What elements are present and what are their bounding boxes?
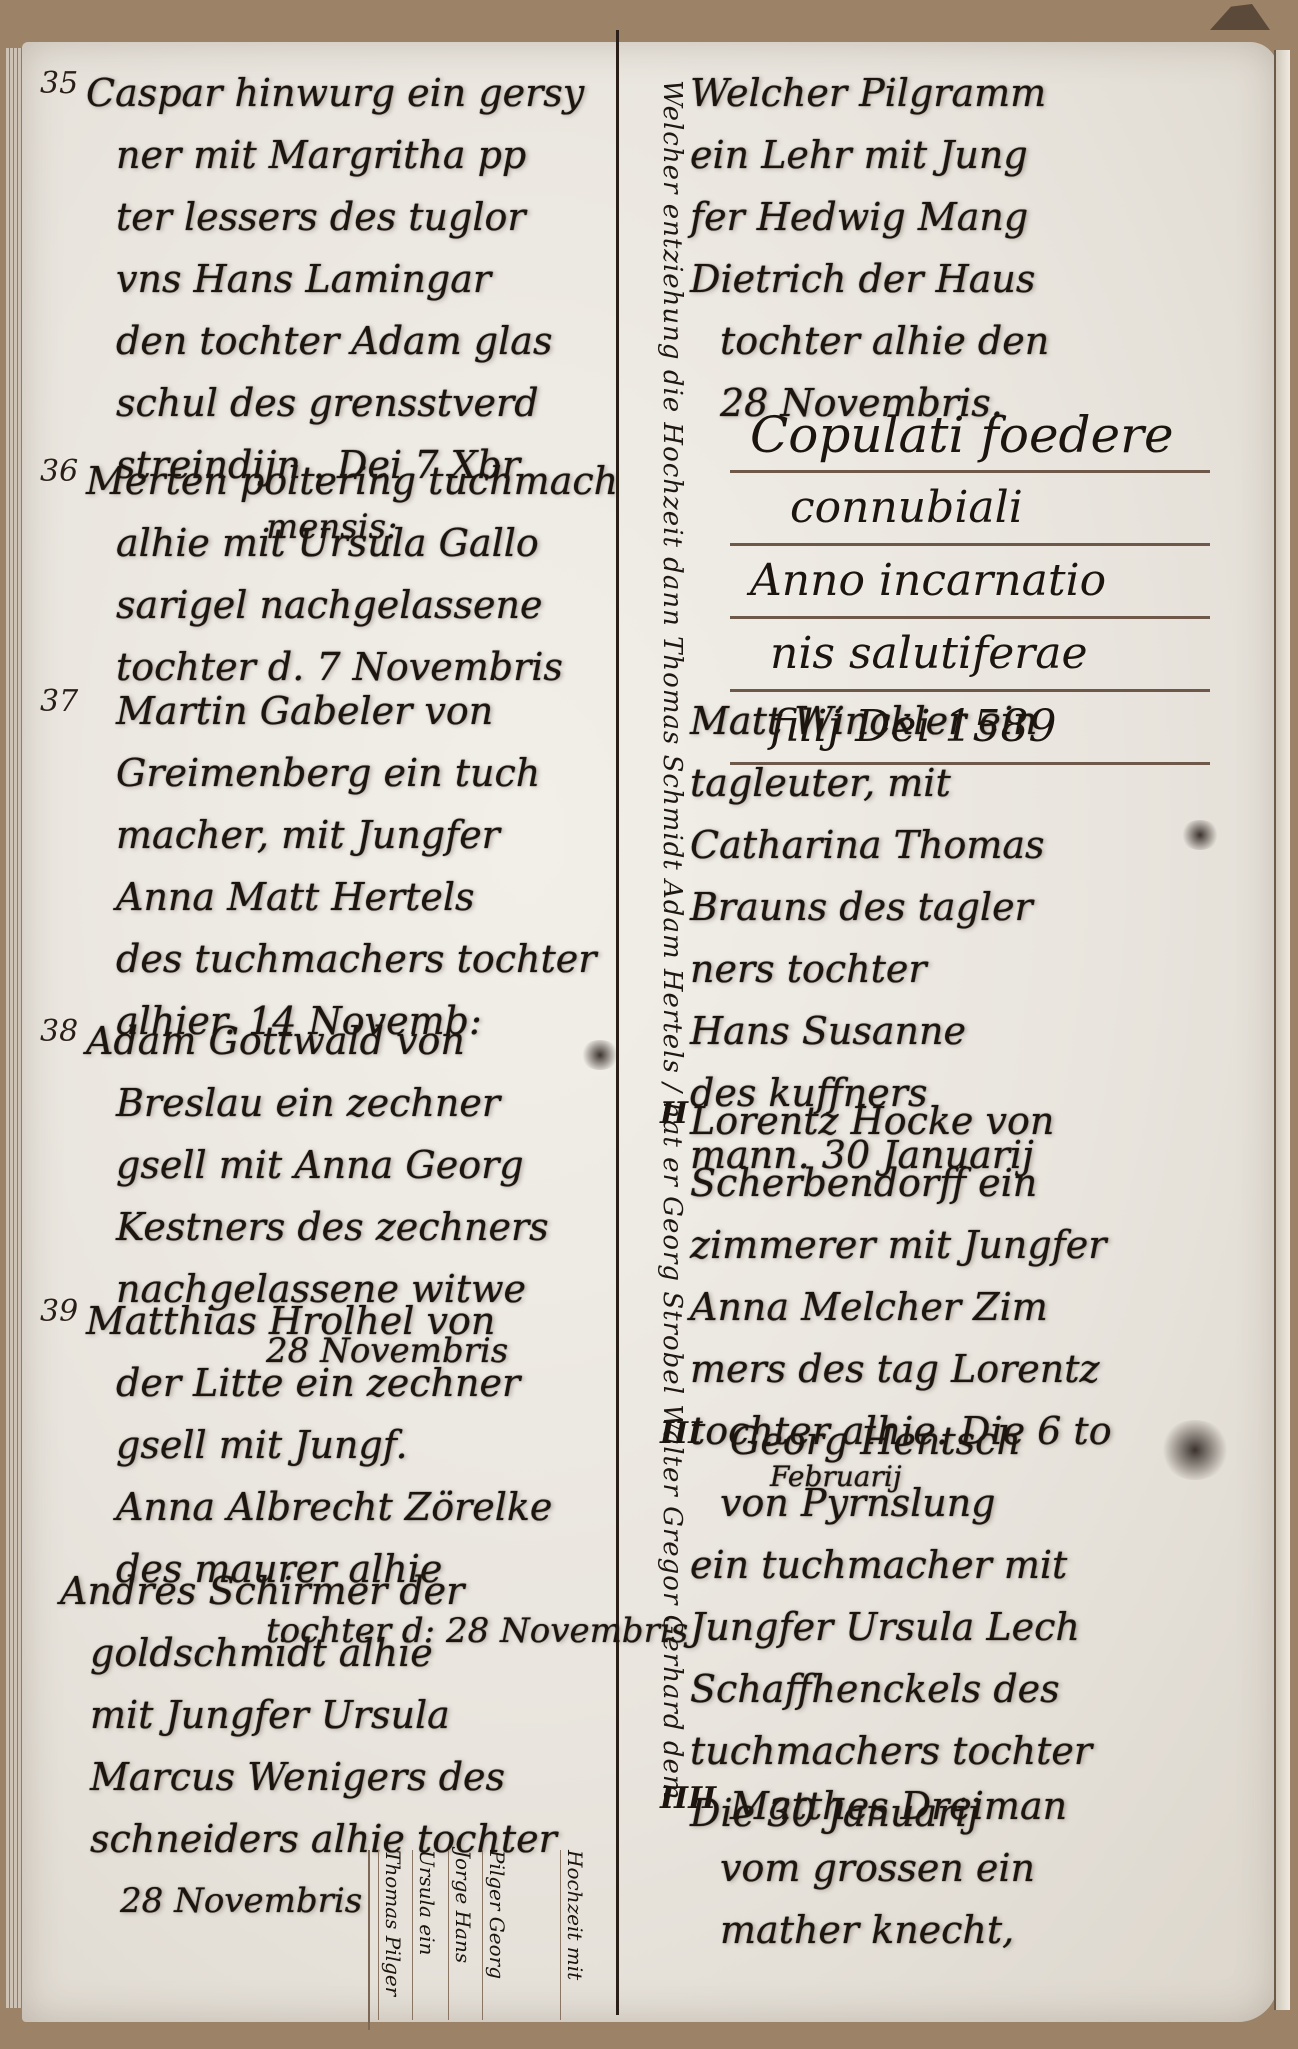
entry-line: Martin Gabeler von xyxy=(86,680,610,742)
note-column: Ursula ein xyxy=(412,1850,439,2020)
entry-line: fer Hedwig Mang xyxy=(690,186,1210,248)
entry-number: 38 xyxy=(40,1014,78,1049)
entry-line: alhie mit Ursula Gallo xyxy=(86,512,610,574)
register-entry-IIII: IIII Matthes Dreiman vom grossen ein mat… xyxy=(690,1775,1210,1961)
entry-line: zimmerer mit Jungfer xyxy=(690,1214,1210,1276)
entry-line: gsell mit Anna Georg xyxy=(86,1134,610,1196)
entry-line: ein Lehr mit Jung xyxy=(690,124,1210,186)
entry-number: II xyxy=(660,1096,688,1131)
entry-line: ein tuchmacher mit xyxy=(690,1534,1210,1596)
entry-line: vom grossen ein xyxy=(690,1837,1210,1899)
entry-line: Georg Hentsch xyxy=(690,1410,1210,1472)
entry-line: tochter alhie den xyxy=(690,310,1210,372)
entry-line: Schaffhenckels des xyxy=(690,1658,1210,1720)
entry-line: Welcher Pilgramm xyxy=(690,62,1210,124)
torn-corner xyxy=(1210,4,1270,30)
entry-line: tuchmachers tochter xyxy=(690,1720,1210,1782)
entry-line: Adam Gottwald von xyxy=(86,1010,610,1072)
entry-number: 36 xyxy=(40,454,78,489)
entry-line: Breslau ein zechner xyxy=(86,1072,610,1134)
entry-line: vns Hans Lamingar xyxy=(86,248,610,310)
note-column: Jorge Hans xyxy=(448,1850,475,2020)
entry-number: IIII xyxy=(660,1781,716,1816)
entry-number: 39 xyxy=(40,1294,78,1329)
entry-line: Dietrich der Haus xyxy=(690,248,1210,310)
entry-line: Jungfer Ursula Lech xyxy=(690,1596,1210,1658)
entry-line: Matt Winckler ein xyxy=(690,690,1210,752)
entry-line: der Litte ein zechner xyxy=(86,1352,610,1414)
entry-line: Greimenberg ein tuch xyxy=(86,742,610,804)
heading-line: connubiali xyxy=(730,473,1210,546)
entry-line: mit Jungfer Ursula xyxy=(60,1684,610,1746)
column-divider xyxy=(616,30,619,2015)
entry-line: Brauns des tagler xyxy=(690,876,1210,938)
heading-line: nis salutiferae xyxy=(730,619,1210,692)
entry-line: Marcus Wenigers des xyxy=(60,1746,610,1808)
register-entry-36: 36 Merten poltering tuchmach alhie mit U… xyxy=(40,450,610,698)
entry-number: III xyxy=(660,1416,702,1451)
entry-line: Scherbendorff ein xyxy=(690,1152,1210,1214)
entry-line: Anna Matt Hertels xyxy=(86,866,610,928)
entry-number: 35 xyxy=(40,66,78,101)
page-edge-right xyxy=(1274,50,1290,2010)
entry-line: ner mit Margritha pp xyxy=(86,124,610,186)
entry-line: Anna Melcher Zim xyxy=(690,1276,1210,1338)
note-column: Hochzeit mit xyxy=(560,1850,587,2020)
entry-line: den tochter Adam glas xyxy=(86,310,610,372)
margin-note-vertical: Welcher entziehung die Hochzeit dann Tho… xyxy=(626,80,686,2030)
entry-line: Matthes Dreiman xyxy=(690,1775,1210,1837)
entry-line: Caspar hinwurg ein gersy xyxy=(86,62,610,124)
bottom-margin-note: Thomas Pilger Ursula ein Jorge Hans Pilg… xyxy=(368,1850,650,2030)
entry-line: goldschmidt alhie xyxy=(60,1622,610,1684)
entry-line: sarigel nachgelassene xyxy=(86,574,610,636)
entry-line: macher, mit Jungfer xyxy=(86,804,610,866)
note-column: Thomas Pilger xyxy=(378,1850,405,2020)
entry-line: mather knecht, xyxy=(690,1899,1210,1961)
note-column: Pilger Georg xyxy=(482,1850,509,2020)
entry-line: Kestners des zechners xyxy=(86,1196,610,1258)
continuation-entry: Welcher Pilgramm ein Lehr mit Jung fer H… xyxy=(690,62,1210,434)
entry-number: 37 xyxy=(40,684,78,719)
entry-line: mers des tag Lorentz xyxy=(690,1338,1210,1400)
entry-line: Matthias Hrolhel von xyxy=(86,1290,610,1352)
entry-line: Anna Albrecht Zörelke xyxy=(86,1476,610,1538)
entry-line: tagleuter, mit xyxy=(690,752,1210,814)
entry-line: gsell mit Jungf. xyxy=(86,1414,610,1476)
heading-line: Copulati foedere xyxy=(730,400,1210,473)
entry-line: Lorentz Hocke von xyxy=(690,1090,1210,1152)
heading-line: Anno incarnatio xyxy=(730,546,1210,619)
register-entry-37: 37 Martin Gabeler von Greimenberg ein tu… xyxy=(40,680,610,1052)
entry-line: Catharina Thomas xyxy=(690,814,1210,876)
entry-line: ter lessers des tuglor xyxy=(86,186,610,248)
entry-line: des tuchmachers tochter xyxy=(86,928,610,990)
entry-line: Andres Schirmer der xyxy=(60,1560,610,1622)
entry-line: Hans Susanne xyxy=(690,1000,1210,1062)
entry-line: Merten poltering tuchmach xyxy=(86,450,610,512)
entry-line: ners tochter xyxy=(690,938,1210,1000)
entry-line: schul des grensstverd xyxy=(86,372,610,434)
entry-line: von Pyrnslung xyxy=(690,1472,1210,1534)
